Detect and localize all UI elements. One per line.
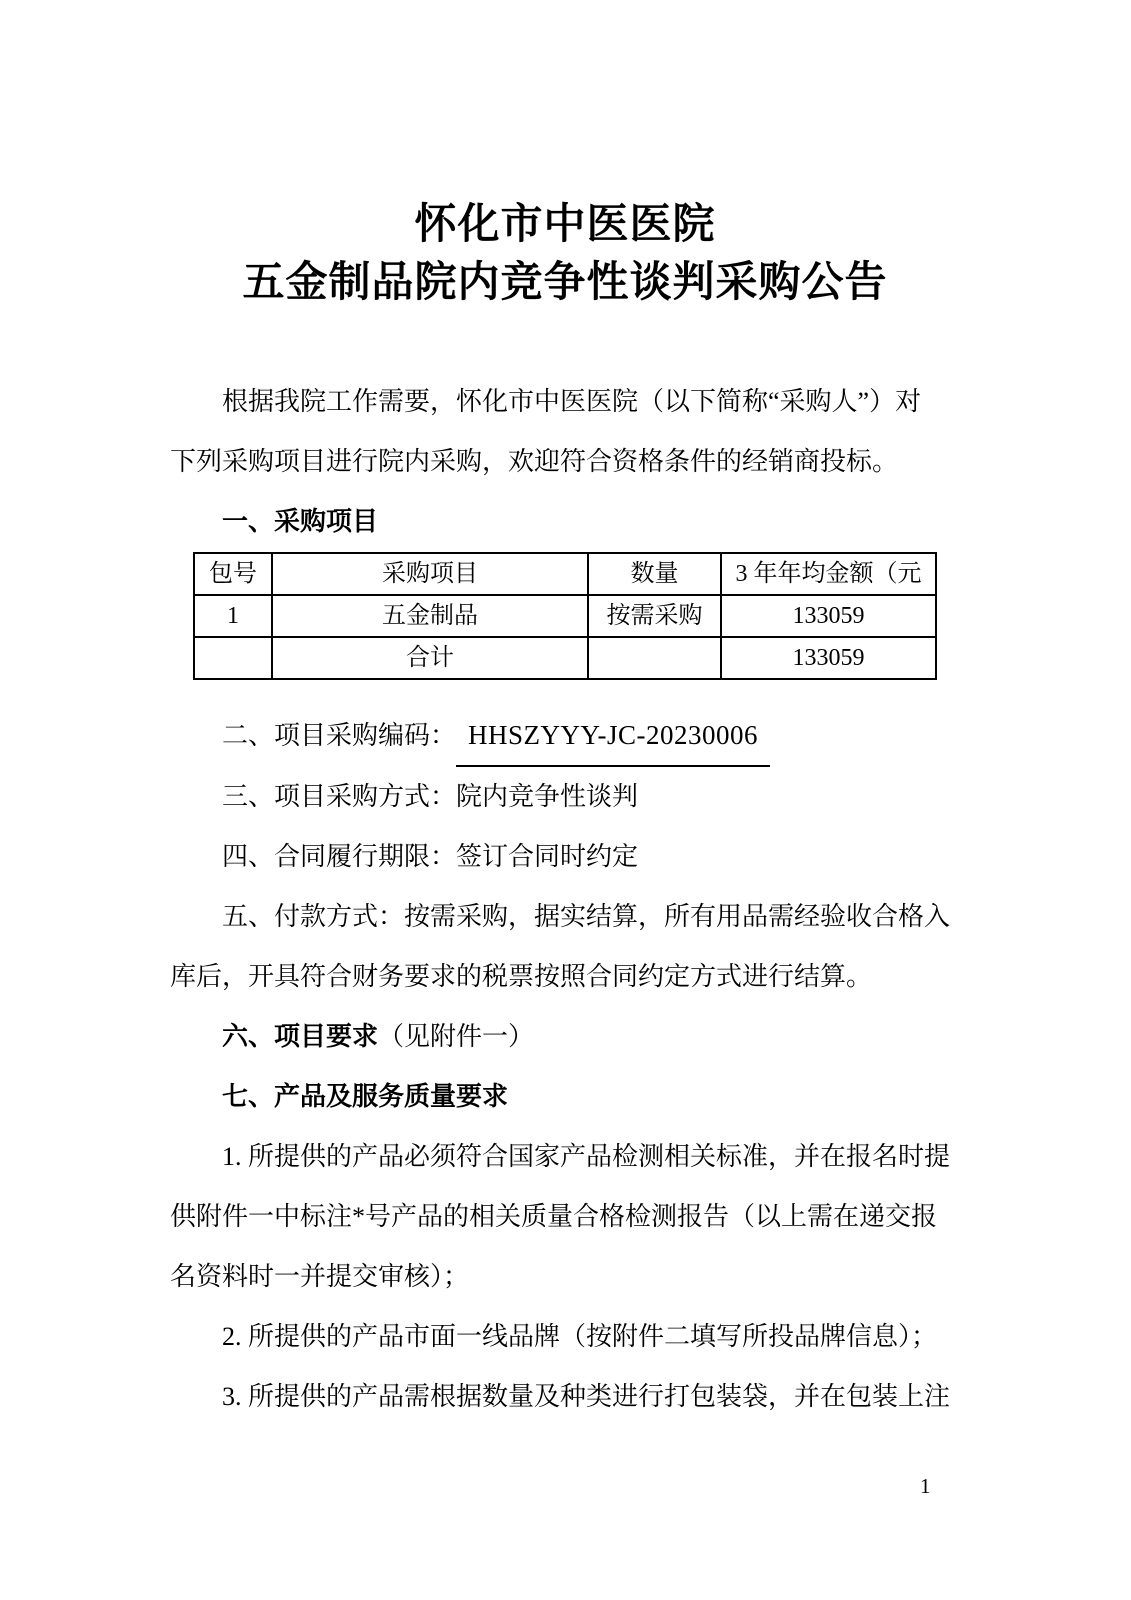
title-line-1: 怀化市中医医院 — [170, 196, 960, 254]
table-header-quantity: 数量 — [588, 553, 721, 595]
procurement-code: HHSZYYY-JC-20230006 — [456, 705, 770, 767]
item-3-line: 3. 所提供的产品需根据数量及种类进行打包装袋，并在包装上注 — [170, 1367, 960, 1427]
title-line-2: 五金制品院内竞争性谈判采购公告 — [170, 254, 960, 312]
document-content: 怀化市中医医院 五金制品院内竞争性谈判采购公告 根据我院工作需要，怀化市中医医院… — [0, 196, 1131, 1427]
item-1-line-3: 名资料时一并提交审核）； — [170, 1247, 960, 1307]
cell-project: 五金制品 — [272, 595, 588, 637]
section-6-note: （见附件一） — [378, 1022, 534, 1051]
item-2-paragraph: 2. 所提供的产品市面一线品牌（按附件二填写所投品牌信息）； — [170, 1307, 960, 1367]
section-3-text: 三、项目采购方式：院内竞争性谈判 — [170, 767, 960, 827]
section-2-row: 二、项目采购编码：HHSZYYY-JC-20230006 — [170, 705, 960, 767]
cell-total-label: 合计 — [272, 637, 588, 679]
table-header-project: 采购项目 — [272, 553, 588, 595]
table-row: 1 五金制品 按需采购 133059 — [194, 595, 936, 637]
section-7-heading: 七、产品及服务质量要求 — [170, 1067, 960, 1127]
item-1-line-2: 供附件一中标注*号产品的相关质量合格检测报告（以上需在递交报 — [170, 1187, 960, 1247]
document-title: 怀化市中医医院 五金制品院内竞争性谈判采购公告 — [170, 196, 960, 312]
cell-total-amount: 133059 — [721, 637, 936, 679]
section-2-line: 二、项目采购编码：HHSZYYY-JC-20230006 — [170, 705, 960, 767]
section-4-text: 四、合同履行期限：签订合同时约定 — [170, 827, 960, 887]
section-5-line-1: 五、付款方式：按需采购，据实结算，所有用品需经验收合格入 — [170, 887, 960, 947]
section-5-paragraph: 五、付款方式：按需采购，据实结算，所有用品需经验收合格入 库后，开具符合财务要求… — [170, 887, 960, 1007]
cell-quantity: 按需采购 — [588, 595, 721, 637]
item-1-paragraph: 1. 所提供的产品必须符合国家产品检测相关标准，并在报名时提 供附件一中标注*号… — [170, 1127, 960, 1307]
intro-line-2: 下列采购项目进行院内采购，欢迎符合资格条件的经销商投标。 — [170, 432, 960, 492]
section-1-heading-row: 一、采购项目 — [170, 492, 960, 552]
section-6-line: 六、项目要求（见附件一） — [170, 1007, 960, 1067]
cell-total-quantity — [588, 637, 721, 679]
item-1-line-1: 1. 所提供的产品必须符合国家产品检测相关标准，并在报名时提 — [170, 1127, 960, 1187]
procurement-table: 包号 采购项目 数量 3 年年均金额（元 1 五金制品 按需采购 133059 … — [193, 552, 937, 680]
table-total-row: 合计 133059 — [194, 637, 936, 679]
cell-package-no: 1 — [194, 595, 272, 637]
table-header-amount: 3 年年均金额（元 — [721, 553, 936, 595]
cell-amount: 133059 — [721, 595, 936, 637]
section-2-label: 二、项目采购编码： — [222, 721, 456, 750]
document-page: 怀化市中医医院 五金制品院内竞争性谈判采购公告 根据我院工作需要，怀化市中医医院… — [0, 0, 1131, 1600]
section-7-heading-row: 七、产品及服务质量要求 — [170, 1067, 960, 1127]
table-header-row: 包号 采购项目 数量 3 年年均金额（元 — [194, 553, 936, 595]
intro-paragraph: 根据我院工作需要，怀化市中医医院（以下简称“采购人”）对 下列采购项目进行院内采… — [170, 372, 960, 492]
table-header-package: 包号 — [194, 553, 272, 595]
item-3-paragraph: 3. 所提供的产品需根据数量及种类进行打包装袋，并在包装上注 — [170, 1367, 960, 1427]
section-6-row: 六、项目要求（见附件一） — [170, 1007, 960, 1067]
item-2-line: 2. 所提供的产品市面一线品牌（按附件二填写所投品牌信息）； — [170, 1307, 960, 1367]
intro-line-1: 根据我院工作需要，怀化市中医医院（以下简称“采购人”）对 — [170, 372, 960, 432]
section-4-row: 四、合同履行期限：签订合同时约定 — [170, 827, 960, 887]
section-3-row: 三、项目采购方式：院内竞争性谈判 — [170, 767, 960, 827]
section-5-line-2: 库后，开具符合财务要求的税票按照合同约定方式进行结算。 — [170, 947, 960, 1007]
cell-total-package — [194, 637, 272, 679]
section-6-heading: 六、项目要求 — [222, 1022, 378, 1051]
section-1-heading: 一、采购项目 — [170, 492, 960, 552]
page-number: 1 — [920, 1472, 931, 1500]
